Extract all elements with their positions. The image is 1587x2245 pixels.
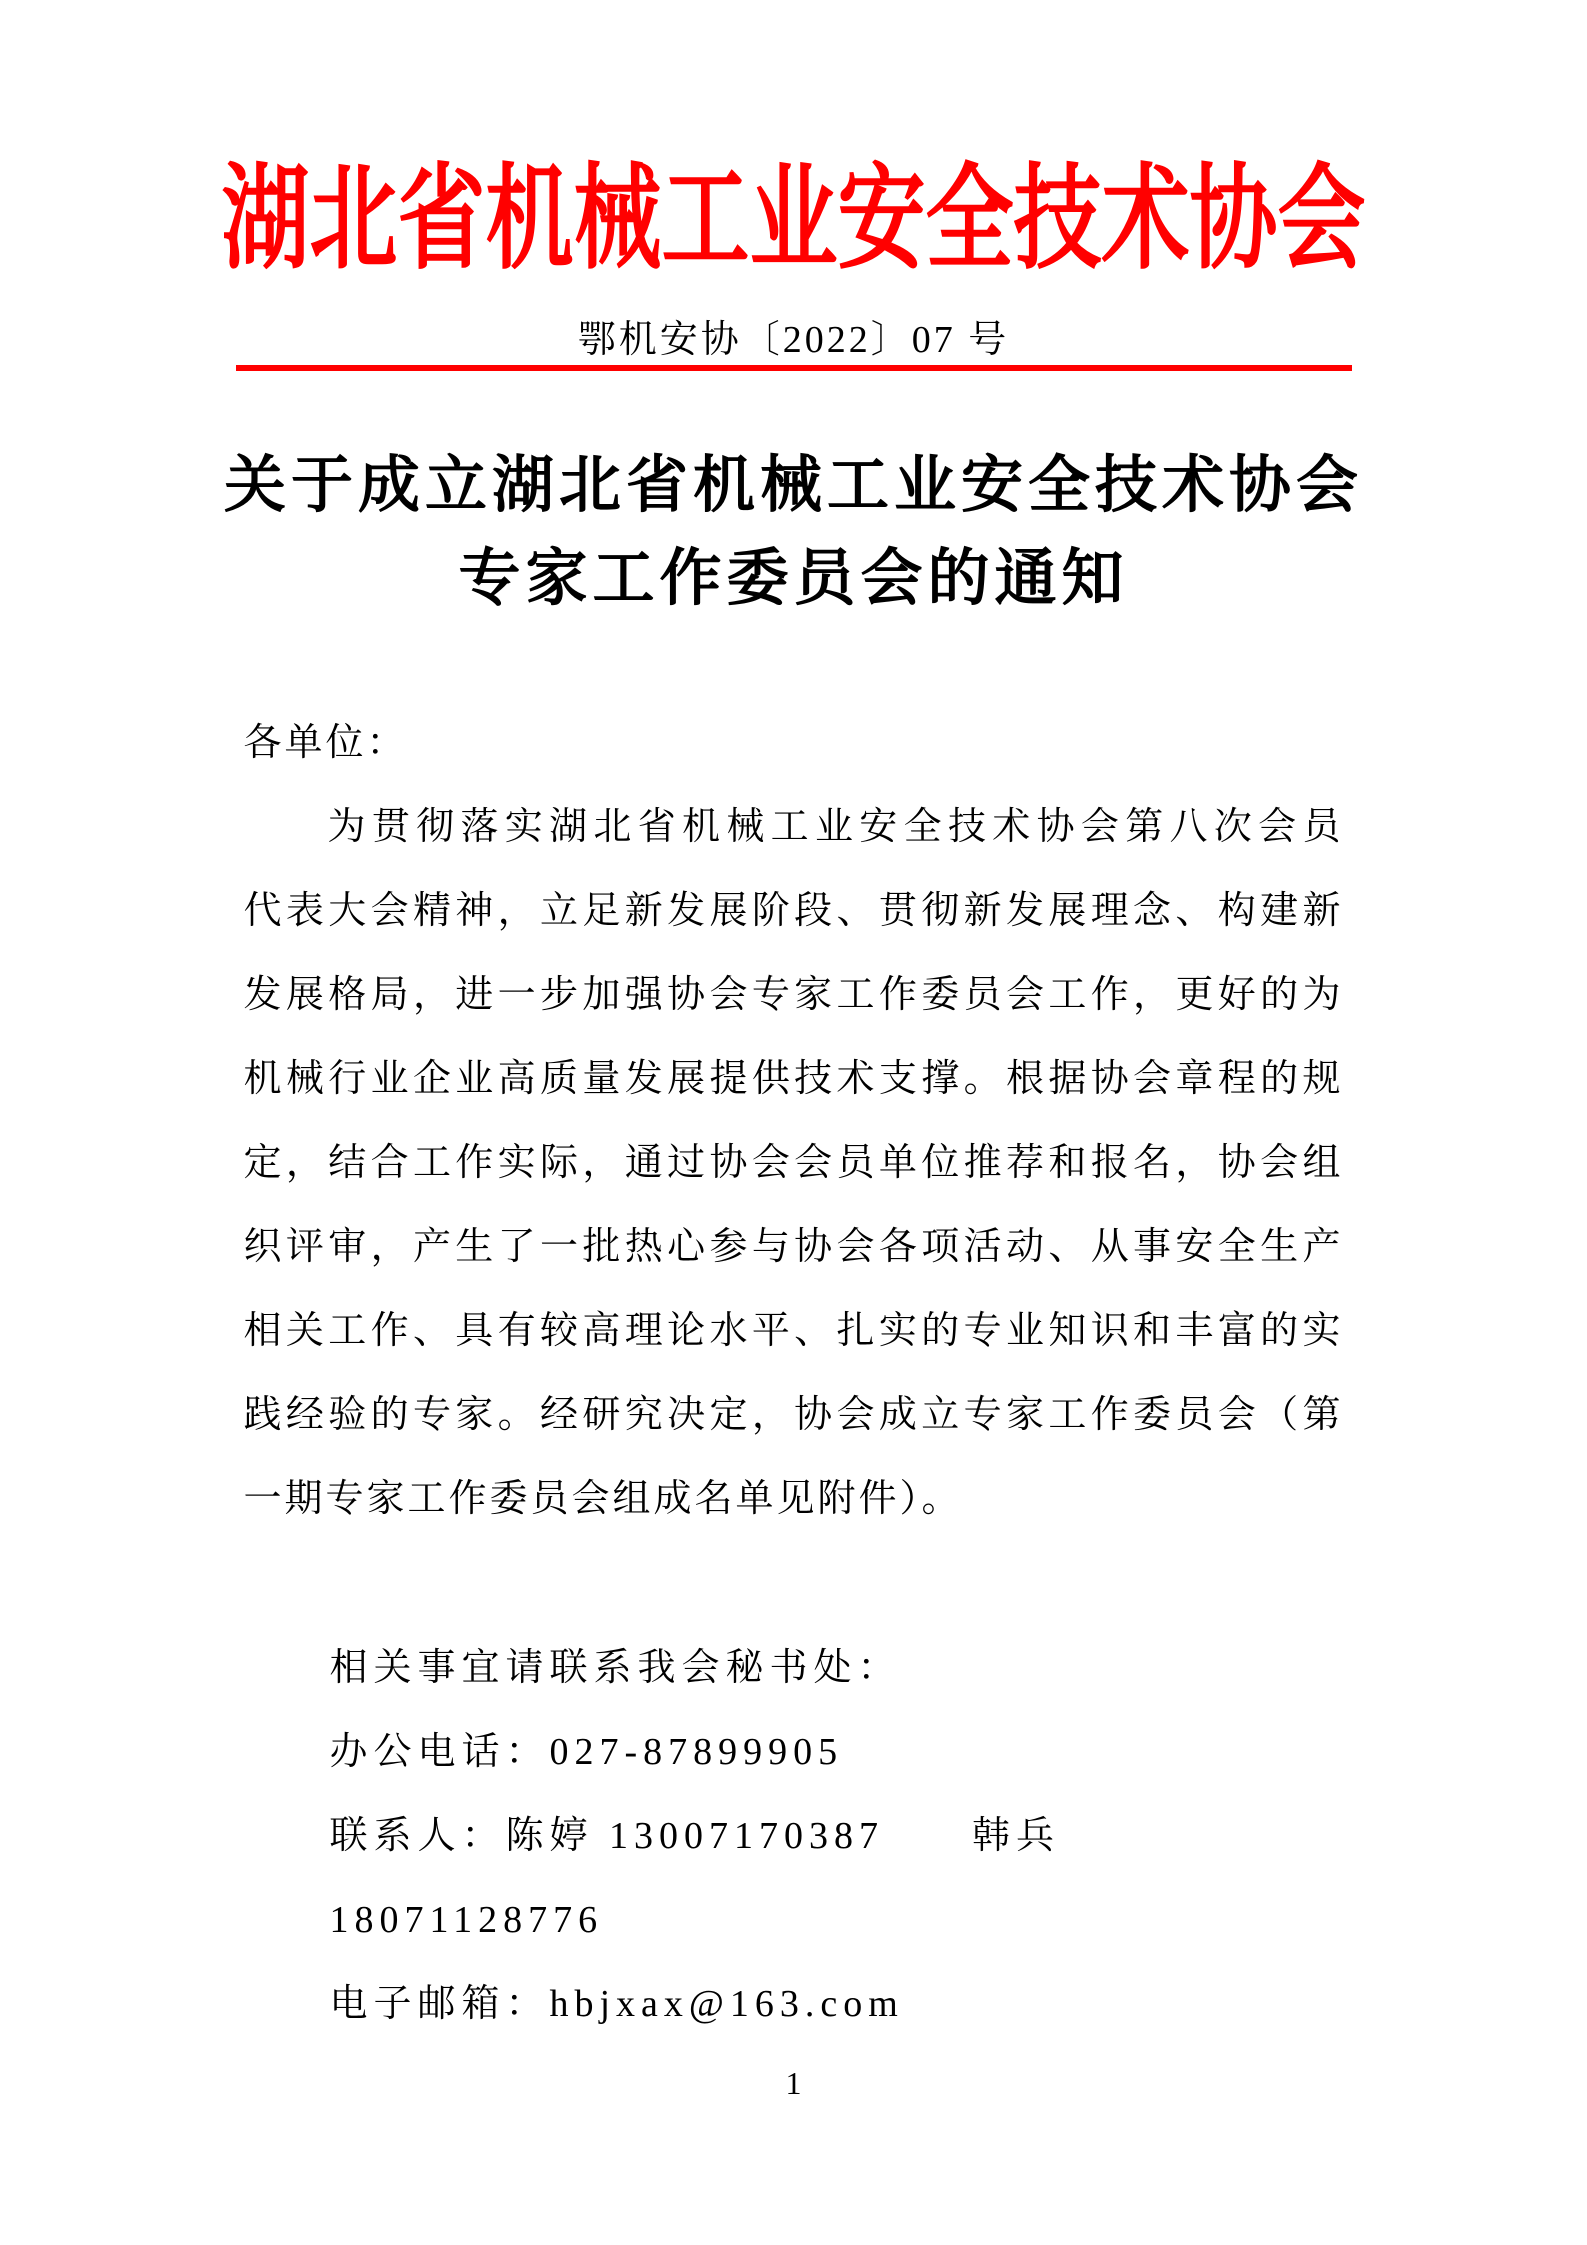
notice-title-line2: 专家工作委员会的通知: [0, 532, 1587, 625]
notice-title: 关于成立湖北省机械工业安全技术协会 专家工作委员会的通知: [0, 439, 1587, 625]
contact-persons: 联系人：陈婷 13007170387 韩兵 18071128776: [330, 1794, 1344, 1962]
salutation: 各单位：: [244, 701, 1344, 785]
contact-office-phone: 办公电话：027-87899905: [330, 1710, 1344, 1794]
paragraph-line: 一期专家工作委员会组成名单见附件）。: [244, 1457, 1344, 1541]
notice-title-line1: 关于成立湖北省机械工业安全技术协会: [0, 439, 1587, 532]
doc-reference-number: 鄂机安协〔2022〕07 号: [0, 321, 1587, 359]
paragraph-line: 机械行业企业高质量发展提供技术支撑。根据协会章程的规: [244, 1037, 1344, 1121]
paragraph-line: 为贯彻落实湖北省机械工业安全技术协会第八次会员: [244, 785, 1344, 869]
document-page: 湖北省机械工业安全技术协会 鄂机安协〔2022〕07 号 关于成立湖北省机械工业…: [0, 0, 1587, 2245]
paragraph-line: 代表大会精神，立足新发展阶段、贯彻新发展理念、构建新: [244, 869, 1344, 953]
paragraph-line: 发展格局，进一步加强协会专家工作委员会工作，更好的为: [244, 953, 1344, 1037]
red-divider-rule: [236, 365, 1352, 371]
page-number: 1: [0, 2063, 1587, 2103]
paragraph-line: 践经验的专家。经研究决定，协会成立专家工作委员会（第: [244, 1373, 1344, 1457]
paragraph-line: 织评审，产生了一批热心参与协会各项活动、从事安全生产: [244, 1205, 1344, 1289]
contact-intro: 相关事宜请联系我会秘书处：: [330, 1626, 1344, 1710]
body-column: 各单位： 为贯彻落实湖北省机械工业安全技术协会第八次会员 代表大会精神，立足新发…: [244, 701, 1344, 2046]
paragraph-line: 定，结合工作实际，通过协会会员单位推荐和报名，协会组: [244, 1121, 1344, 1205]
contact-block: 相关事宜请联系我会秘书处： 办公电话：027-87899905 联系人：陈婷 1…: [244, 1626, 1344, 2046]
contact-email: 电子邮箱：hbjxax@163.com: [330, 1962, 1344, 2046]
letterhead-org-title: 湖北省机械工业安全技术协会: [0, 162, 1587, 276]
paragraph-line: 相关工作、具有较高理论水平、扎实的专业知识和丰富的实: [244, 1289, 1344, 1373]
body-paragraph: 为贯彻落实湖北省机械工业安全技术协会第八次会员 代表大会精神，立足新发展阶段、贯…: [244, 785, 1344, 1541]
